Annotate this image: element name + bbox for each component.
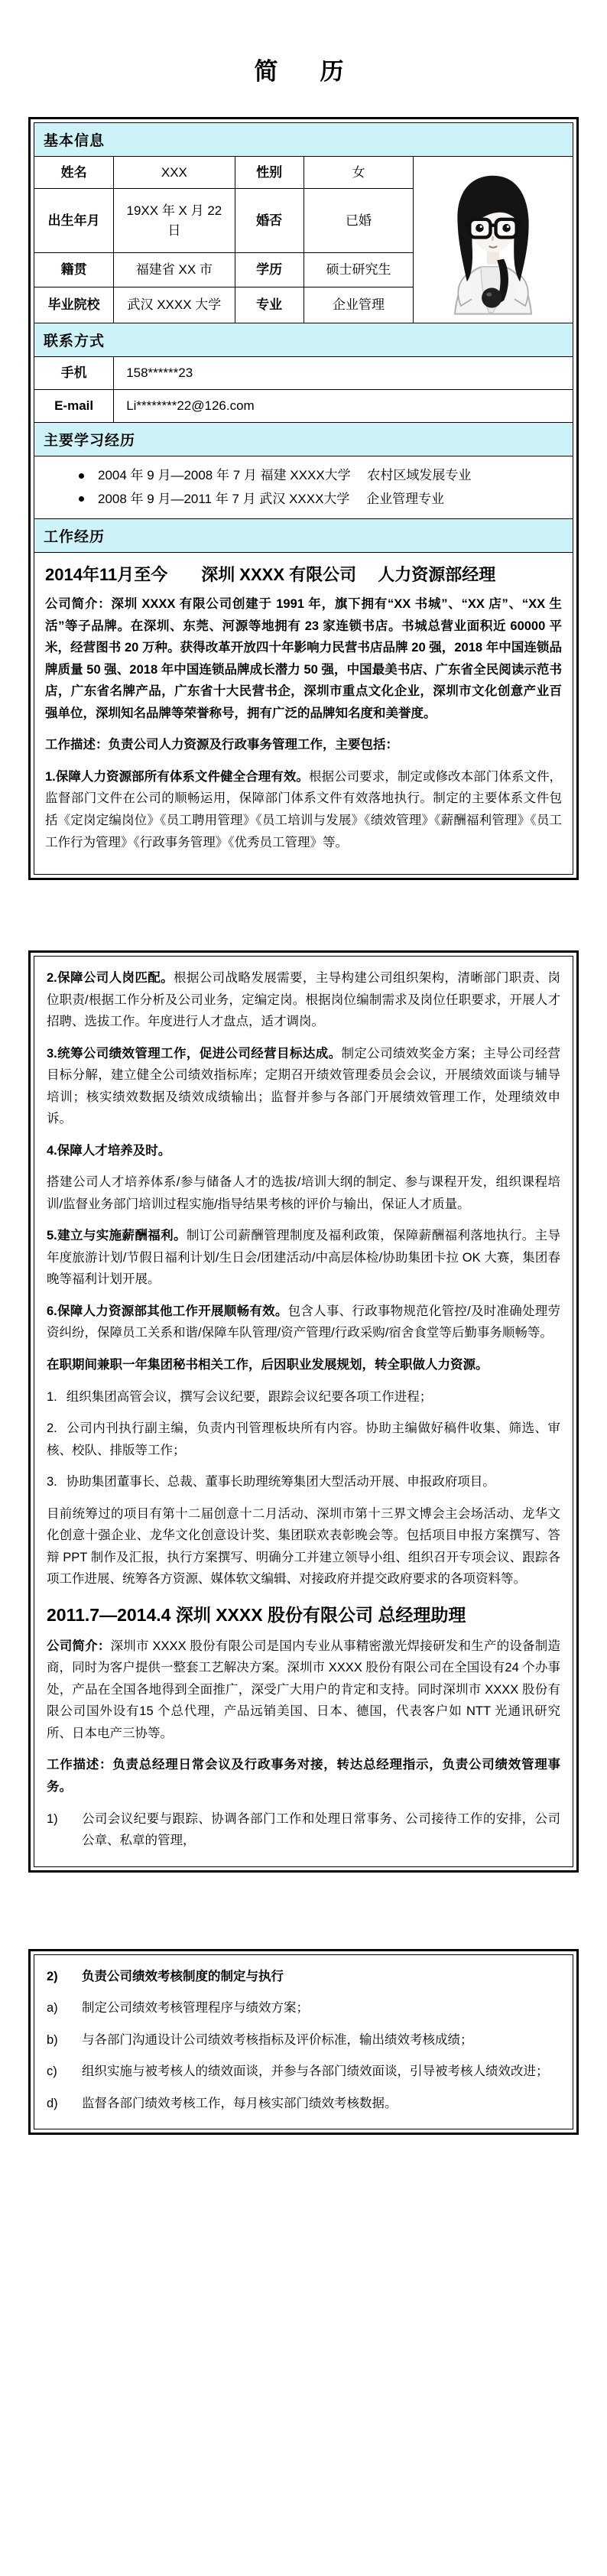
job2-item-2: 2) 负责公司绩效考核制度的制定与执行 — [47, 1966, 560, 1988]
field-label-marriage: 婚否 — [235, 189, 304, 253]
page-title: 简 历 — [0, 0, 607, 86]
contact-value-phone: 158******23 — [114, 357, 573, 390]
job2-item2-sub-d: d) 监督各部门绩效考核工作，每月核实部门绩效考核数据。 — [47, 2093, 560, 2115]
education-entry: 2008 年 9 月—2011 年 7 月 武汉 XXXX大学 企业管理专业 — [98, 488, 444, 512]
job1-duty-2: 2.保障公司人岗匹配。根据公司战略发展需要，主导构建公司组织架构，清晰部门职责、… — [47, 967, 560, 1033]
field-value-major: 企业管理 — [304, 287, 414, 323]
resume-box-1: 基本信息 姓名 XXX 性别 女 — [28, 117, 579, 880]
job2-item-1: 1) 公司会议纪要与跟踪、协调各部门工作和处理日常事务、公司接待工作的安排，公司… — [47, 1808, 560, 1852]
job1-duty-4-text: 搭建公司人才培养体系/参与储备人才的选拔/培训大纲的制定、参与课程开发，组织课程… — [47, 1171, 560, 1215]
resume-page: 简 历 基本信息 姓名 XXX 性别 女 — [0, 0, 607, 2576]
field-value-marriage: 已婚 — [304, 189, 414, 253]
list-item: 2004 年 9 月—2008 年 7 月 福建 XXXX大学 农村区域发展专业 — [79, 464, 560, 488]
field-label-major: 专业 — [235, 287, 304, 323]
job1-duty-5: 5.建立与实施薪酬福利。制订公司薪酬管理制度及福利政策，保障薪酬福利落地执行。主… — [47, 1225, 560, 1291]
field-label-gender: 性别 — [235, 157, 304, 189]
section-header-work: 工作经历 — [34, 519, 573, 553]
field-label-origin: 籍贯 — [34, 253, 114, 287]
job1-duty-3: 3.统筹公司绩效管理工作，促进公司经营目标达成。制定公司绩效奖金方案；主导公司经… — [47, 1043, 560, 1130]
work-experience-job1: 2014年11月至今 深圳 XXXX 有限公司 人力资源部经理 公司简介：深圳 … — [34, 553, 573, 874]
contact-label-phone: 手机 — [34, 357, 114, 390]
bullet-icon — [79, 496, 84, 502]
job2-work-desc: 工作描述：负责总经理日常会议及行政事务对接，转达总经理指示，负责公司绩效管理事务… — [47, 1754, 560, 1798]
education-list: 2004 年 9 月—2008 年 7 月 福建 XXXX大学 农村区域发展专业… — [34, 456, 573, 519]
field-value-gender: 女 — [304, 157, 414, 189]
section-header-basic-info: 基本信息 — [34, 123, 573, 157]
job1-secretary-item-1: 1.组织集团高管会议，撰写会议纪要，跟踪会议纪要各项工作进程； — [47, 1386, 560, 1408]
job1-duty-4-lead: 4.保障人才培养及时。 — [47, 1140, 560, 1162]
job1-secretary-note: 在职期间兼职一年集团秘书相关工作，后因职业发展规划，转全职做人力资源。 — [47, 1354, 560, 1376]
bullet-icon — [79, 473, 84, 479]
resume-box-3: 2) 负责公司绩效考核制度的制定与执行 a) 制定公司绩效考核管理程序与绩效方案… — [28, 1949, 579, 2136]
section-header-contact: 联系方式 — [34, 323, 573, 357]
resume-box-2: 2.保障公司人岗匹配。根据公司战略发展需要，主导构建公司组织架构，清晰部门职责、… — [28, 950, 579, 1873]
education-entry: 2004 年 9 月—2008 年 7 月 福建 XXXX大学 农村区域发展专业 — [98, 464, 471, 488]
contact-value-email: Li********22@126.com — [114, 390, 573, 423]
job1-duty-1: 1.保障人力资源部所有体系文件健全合理有效。根据公司要求，制定或修改本部门体系文… — [45, 766, 562, 853]
field-label-birth: 出生年月 — [34, 189, 114, 253]
field-value-name: XXX — [114, 157, 235, 189]
job1-work-desc: 工作描述：负责公司人力资源及行政事务管理工作，主要包括： — [45, 734, 562, 756]
list-item: 2008 年 9 月—2011 年 7 月 武汉 XXXX大学 企业管理专业 — [79, 488, 560, 512]
job1-secretary-item-3: 3.协助集团董事长、总裁、董事长助理统筹集团大型活动开展、申报政府项目。 — [47, 1471, 560, 1493]
job1-duty-6: 6.保障人力资源部其他工作开展顺畅有效。包含人事、行政事物规范化管控/及时准确处… — [47, 1301, 560, 1344]
basic-info-table: 姓名 XXX 性别 女 — [34, 157, 573, 323]
job2-item2-sub-a: a) 制定公司绩效考核管理程序与绩效方案； — [47, 1997, 560, 2019]
job1-secretary-item-2: 2.公司内刊执行副主编，负责内刊管理板块所有内容。协助主编做好稿件收集、筛选、审… — [47, 1418, 560, 1461]
field-label-school: 毕业院校 — [34, 287, 114, 323]
job2-title: 2011.7—2014.4 深圳 XXXX 股份有限公司 总经理助理 — [47, 1601, 560, 1626]
job2-item2-section: 2) 负责公司绩效考核制度的制定与执行 a) 制定公司绩效考核管理程序与绩效方案… — [34, 1955, 573, 2129]
field-label-degree: 学历 — [235, 253, 304, 287]
cartoon-girl-avatar-icon — [433, 164, 553, 316]
profile-photo — [414, 157, 573, 323]
contact-label-email: E-mail — [34, 390, 114, 423]
field-value-degree: 硕士研究生 — [304, 253, 414, 287]
work-experience-continued: 2.保障公司人岗匹配。根据公司战略发展需要，主导构建公司组织架构，清晰部门职责、… — [34, 957, 573, 1866]
contact-table: 手机 158******23 E-mail Li********22@126.c… — [34, 357, 573, 423]
field-value-birth: 19XX 年 X 月 22 日 — [114, 189, 235, 253]
section-header-education: 主要学习经历 — [34, 423, 573, 456]
job2-item2-sub-b: b) 与各部门沟通设计公司绩效考核指标及评价标准，输出绩效考核成绩； — [47, 2029, 560, 2051]
field-value-origin: 福建省 XX 市 — [114, 253, 235, 287]
field-value-school: 武汉 XXXX 大学 — [114, 287, 235, 323]
job1-projects: 目前统筹过的项目有第十二届创意十二月活动、深圳市第十三界文博会主会场活动、龙华文… — [47, 1503, 560, 1590]
field-label-name: 姓名 — [34, 157, 114, 189]
job2-company-intro: 公司简介：深圳市 XXXX 股份有限公司是国内专业从事精密激光焊接研发和生产的设… — [47, 1636, 560, 1745]
job2-item2-sub-c: c) 组织实施与被考核人的绩效面谈，并参与各部门绩效面谈，引导被考核人绩效改进； — [47, 2061, 560, 2083]
job1-company-intro: 公司简介：深圳 XXXX 有限公司创建于 1991 年，旗下拥有“XX 书城”、… — [45, 593, 562, 724]
job1-title: 2014年11月至今 深圳 XXXX 有限公司 人力资源部经理 — [45, 562, 562, 586]
